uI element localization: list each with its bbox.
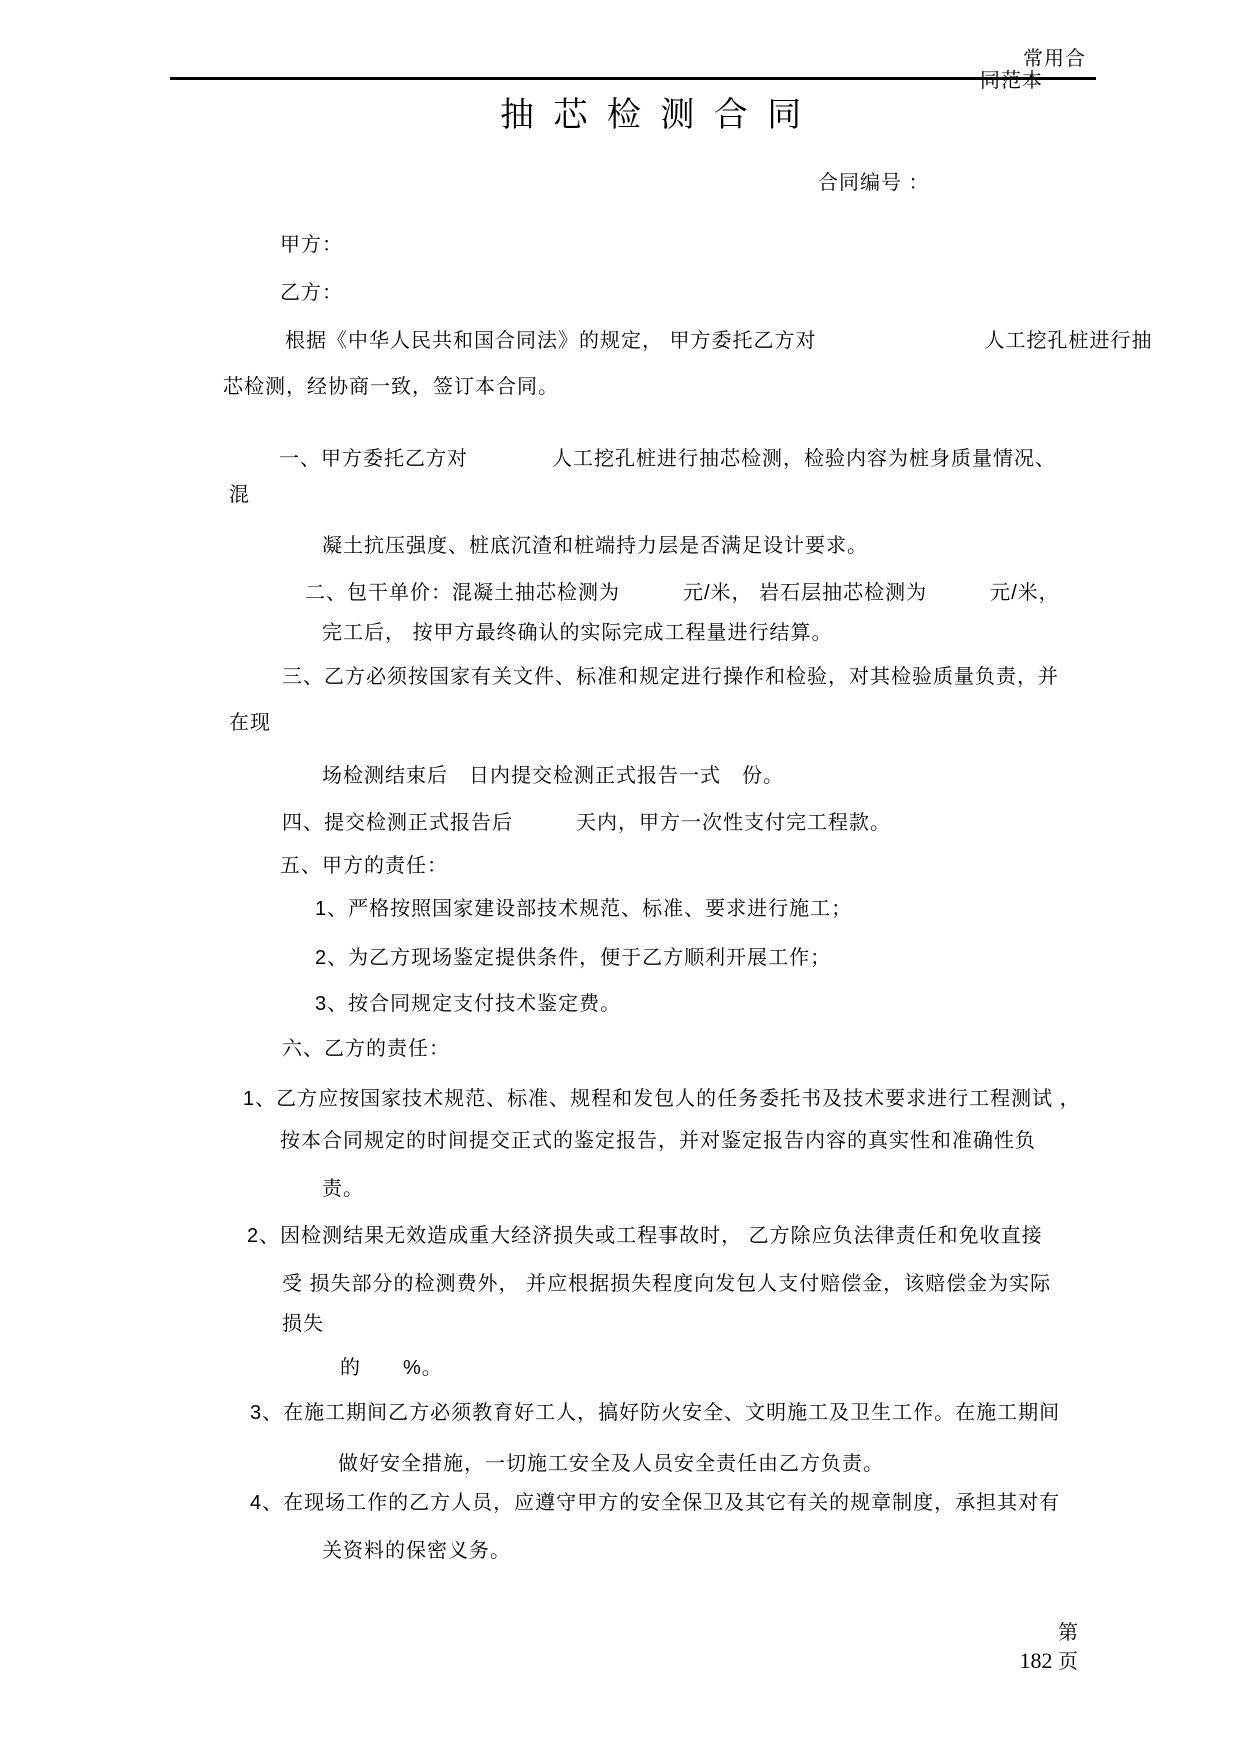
page-number-value: 182 bbox=[1019, 1648, 1052, 1673]
clause-5-item-1: 1、严格按照国家建设部技术规范、标准、要求进行施工； bbox=[315, 897, 852, 921]
clause-6-item-2a: 2、因检测结果无效造成重大经济损失或工程事故时， 乙方除应负法律责任和免收直接 bbox=[247, 1224, 1043, 1248]
clause-6-heading: 六、乙方的责任： bbox=[282, 1037, 450, 1061]
clause-5-item-2: 2、为乙方现场鉴定提供条件，便于乙方顺利开展工作； bbox=[315, 946, 831, 970]
clause-6-item-2d: 的 %。 bbox=[340, 1356, 443, 1380]
clause-6-item-3a: 3、在施工期间乙方必须教育好工人，搞好防火安全、文明施工及卫生工作。在施工期间 bbox=[250, 1401, 1060, 1425]
clause-6-item-2c: 损失 bbox=[282, 1312, 324, 1336]
clause-6-item-1a: 1、乙方应按国家技术规范、标准、规程和发包人的任务委托书及技术要求进行工程测试 … bbox=[243, 1087, 1081, 1111]
header-label-line2: 同范本 bbox=[980, 70, 1043, 92]
contract-number-label: 合同编号 ： bbox=[818, 166, 930, 195]
header-label-line1: 常用合 bbox=[1023, 48, 1086, 70]
page-number-prefix: 第 bbox=[1058, 1622, 1078, 1644]
clause-1-line-2: 混 bbox=[229, 483, 250, 507]
contract-page: 常用合 同范本 抽 芯 检 测 合 同 合同编号 ： 甲方： 乙方： 根据《中华… bbox=[0, 0, 1241, 1754]
clause-6-item-1b: 按本合同规定的时间提交正式的鉴定报告，并对鉴定报告内容的真实性和准确性负 bbox=[280, 1129, 1036, 1153]
clause-6-item-4a: 4、在现场工作的乙方人员，应遵守甲方的安全保卫及其它有关的规章制度，承担其对有 bbox=[250, 1491, 1060, 1515]
clause-4-line: 四、提交检测正式报告后 天内，甲方一次性支付完工程款。 bbox=[282, 811, 891, 835]
clause-6-item-3b: 做好安全措施，一切施工安全及人员安全责任由乙方负责。 bbox=[338, 1452, 884, 1476]
clause-3-line-1: 三、乙方必须按国家有关文件、标准和规定进行操作和检验，对其检验质量负责，并 bbox=[282, 665, 1059, 689]
clause-3-line-3: 场检测结束后 日内提交检测正式报告一式 份。 bbox=[322, 764, 784, 788]
clause-1-line-3: 凝土抗压强度、桩底沉渣和桩端持力层是否满足设计要求。 bbox=[322, 534, 868, 558]
preamble-line-2: 芯检测，经协商一致，签订本合同。 bbox=[223, 375, 559, 399]
clause-2-line-2: 完工后， 按甲方最终确认的实际完成工程量进行结算。 bbox=[322, 621, 833, 645]
page-number-suffix: 页 bbox=[1058, 1651, 1078, 1673]
header-rule bbox=[170, 77, 1096, 80]
party-a-line: 甲方： bbox=[280, 233, 343, 257]
clause-6-item-2b: 受 损失部分的检测费外， 并应根据损失程度向发包人支付赔偿金，该赔偿金为实际 bbox=[282, 1272, 1051, 1296]
party-b-line: 乙方： bbox=[280, 281, 343, 305]
clause-5-heading: 五、甲方的责任： bbox=[280, 854, 448, 878]
page-number: 第 182 页 bbox=[1019, 1620, 1078, 1676]
clause-5-item-3: 3、按合同规定支付技术鉴定费。 bbox=[315, 992, 621, 1016]
document-title: 抽 芯 检 测 合 同 bbox=[500, 96, 806, 134]
clause-6-item-4b: 关资料的保密义务。 bbox=[322, 1539, 511, 1563]
clause-2-line-1: 二、包干单价：混凝土抽芯检测为 元/米， 岩石层抽芯检测为 元/米， bbox=[305, 581, 1060, 605]
clause-3-line-2: 在现 bbox=[229, 711, 271, 735]
clause-1-line-1: 一、甲方委托乙方对 人工挖孔桩进行抽芯检测，检验内容为桩身质量情况、 bbox=[279, 447, 1056, 471]
clause-6-item-1c: 责。 bbox=[322, 1177, 364, 1201]
preamble-line-1: 根据《中华人民共和国合同法》的规定， 甲方委托乙方对 人工挖孔桩进行抽 bbox=[285, 329, 1153, 353]
